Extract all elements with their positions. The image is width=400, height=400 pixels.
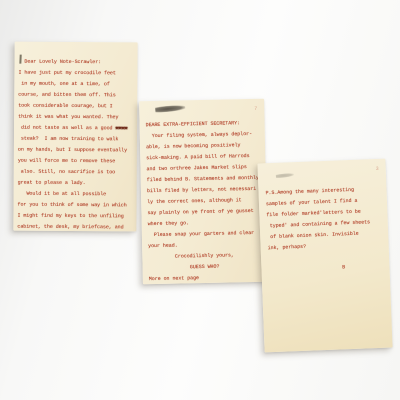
letter-line: steak? I am now training to walk: [18, 134, 141, 146]
letter-line: I might find my keys to the unfiling: [17, 211, 140, 223]
letter-line-text: did not taste as well as a good: [18, 125, 115, 132]
letter-page-3-text: P.S.Among the many interesting samples o…: [257, 158, 400, 276]
letter-line: Would it be at all possible: [18, 189, 141, 201]
letter-page-1-text: Dear Lovely Note-Scrawler: I have just p…: [13, 42, 145, 234]
letter-line: took considerable courage, but I: [18, 101, 141, 113]
letter-line: I have just put my crocodile feet: [18, 68, 141, 80]
letter-line: think it was what you wanted. They: [18, 112, 141, 124]
letter-line: also. Still, no sacrifice is too: [18, 167, 141, 179]
photo-of-letters: Dear Lovely Note-Scrawler: I have just p…: [0, 0, 400, 400]
letter-page-3: 3 P.S.Among the many interesting samples…: [257, 159, 392, 353]
overstruck-word: xxxx: [115, 125, 127, 131]
letter-line: cabinet, the desk, my briefcase, and: [17, 222, 140, 234]
letter-page-1: Dear Lovely Note-Scrawler: I have just p…: [13, 42, 137, 232]
continuation-note: More on next page: [149, 272, 274, 286]
letter-line: in my mouth, one at a time, of: [18, 79, 141, 91]
letter-line: for you to think of some way in which: [17, 200, 140, 212]
letter-page-2: 7 DEARE EXTRA-EFFICIENT SECRETARY: Your …: [139, 99, 268, 285]
letter-line: on my hands, but I suppose eventually: [18, 145, 141, 157]
letter-line: course, and bitten them off. This: [18, 90, 141, 102]
letter-line: Dear Lovely Note-Scrawler:: [18, 57, 141, 69]
letter-line: great to please a lady.: [18, 178, 141, 190]
letter-line: you will force me to remove these: [18, 156, 141, 168]
letter-line-with-strikeover: did not taste as well as a good xxxx: [18, 123, 141, 135]
